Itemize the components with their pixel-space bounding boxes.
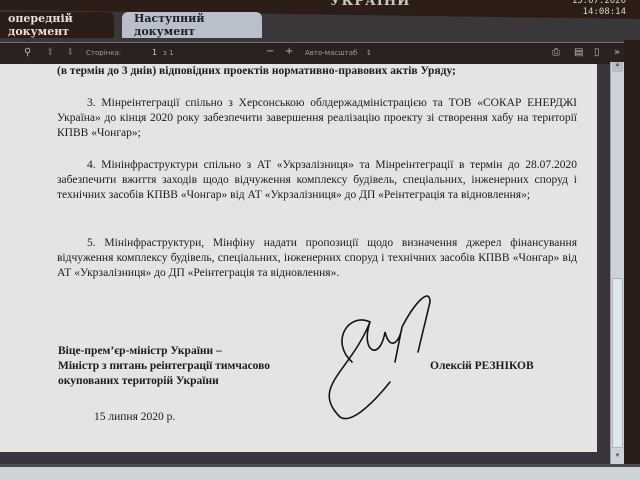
position-line-2: Міністр з питань реінтеграції тимчасово: [58, 359, 270, 374]
signatory-position: Віце-прем’єр-міністр України – Міністр з…: [58, 344, 270, 389]
tab-next-document[interactable]: Наступний документ: [122, 12, 262, 38]
page-total: з 1: [163, 49, 173, 57]
handwritten-signature: [290, 292, 450, 422]
paragraph-continuation: (в термін до 3 днів) відповідних проекті…: [57, 64, 577, 79]
item-5-text: 5. Мінінфраструктури, Мінфіну надати про…: [57, 237, 577, 279]
tab-previous-label: опередній документ: [8, 12, 102, 38]
zoom-select-arrow-icon: ↕: [366, 49, 372, 57]
zoom-out-button[interactable]: −: [266, 46, 274, 57]
download-icon[interactable]: ▤: [574, 47, 583, 58]
clock-time: 14:08:14: [572, 7, 626, 18]
page-label: Сторінка:: [86, 49, 121, 57]
more-tools-button[interactable]: »: [614, 47, 620, 58]
window-bottom-edge: [0, 464, 640, 480]
document-date: 15 липня 2020 р.: [94, 410, 175, 425]
paragraph-item-4: 4. Мінінфраструктури спільно з АТ «Укрза…: [57, 158, 577, 203]
arrow-down-icon[interactable]: ⬇: [66, 47, 74, 58]
scroll-thumb[interactable]: [612, 278, 623, 448]
vertical-scrollbar[interactable]: ▲ ▼: [610, 62, 624, 465]
position-line-3: окупованих територій України: [58, 374, 270, 389]
scroll-up-button[interactable]: ▲: [612, 62, 623, 72]
clock-date: 15.07.2020: [572, 0, 626, 7]
print-icon[interactable]: ⎙: [552, 47, 560, 58]
paragraph-item-3: 3. Мінреінтеграції спільно з Херсонською…: [57, 96, 577, 141]
monitor-bezel-right: [624, 40, 640, 480]
bookmark-icon[interactable]: ▯: [594, 47, 600, 58]
tab-next-label: Наступний документ: [134, 12, 250, 38]
pdf-toolbar: ⚲ ⬆ ⬇ Сторінка: 1 з 1 − + Авто-масштаб ↕…: [0, 42, 628, 64]
tab-previous-document[interactable]: опередній документ: [0, 12, 114, 38]
signer-name: Олексій РЕЗНІКОВ: [430, 359, 534, 374]
zoom-select[interactable]: Авто-масштаб: [305, 49, 357, 57]
item-3-text: 3. Мінреінтеграції спільно з Херсонською…: [57, 97, 577, 139]
position-line-1: Віце-прем’єр-міністр України –: [58, 344, 270, 359]
scroll-down-button[interactable]: ▼: [612, 453, 623, 463]
arrow-up-icon[interactable]: ⬆: [46, 47, 54, 58]
search-icon[interactable]: ⚲: [24, 47, 31, 58]
document-viewer: (в термін до 3 днів) відповідних проекті…: [0, 64, 610, 464]
pdf-page: (в термін до 3 днів) відповідних проекті…: [0, 64, 597, 452]
page-number-input[interactable]: 1: [152, 48, 157, 57]
paragraph-item-5: 5. Мінінфраструктури, Мінфіну надати про…: [57, 236, 577, 281]
clock: 15.07.2020 14:08:14: [572, 0, 626, 18]
zoom-in-button[interactable]: +: [285, 46, 293, 57]
item-4-text: 4. Мінінфраструктури спільно з АТ «Укрза…: [57, 159, 577, 201]
app-title: УКРАЇНИ: [330, 0, 410, 9]
